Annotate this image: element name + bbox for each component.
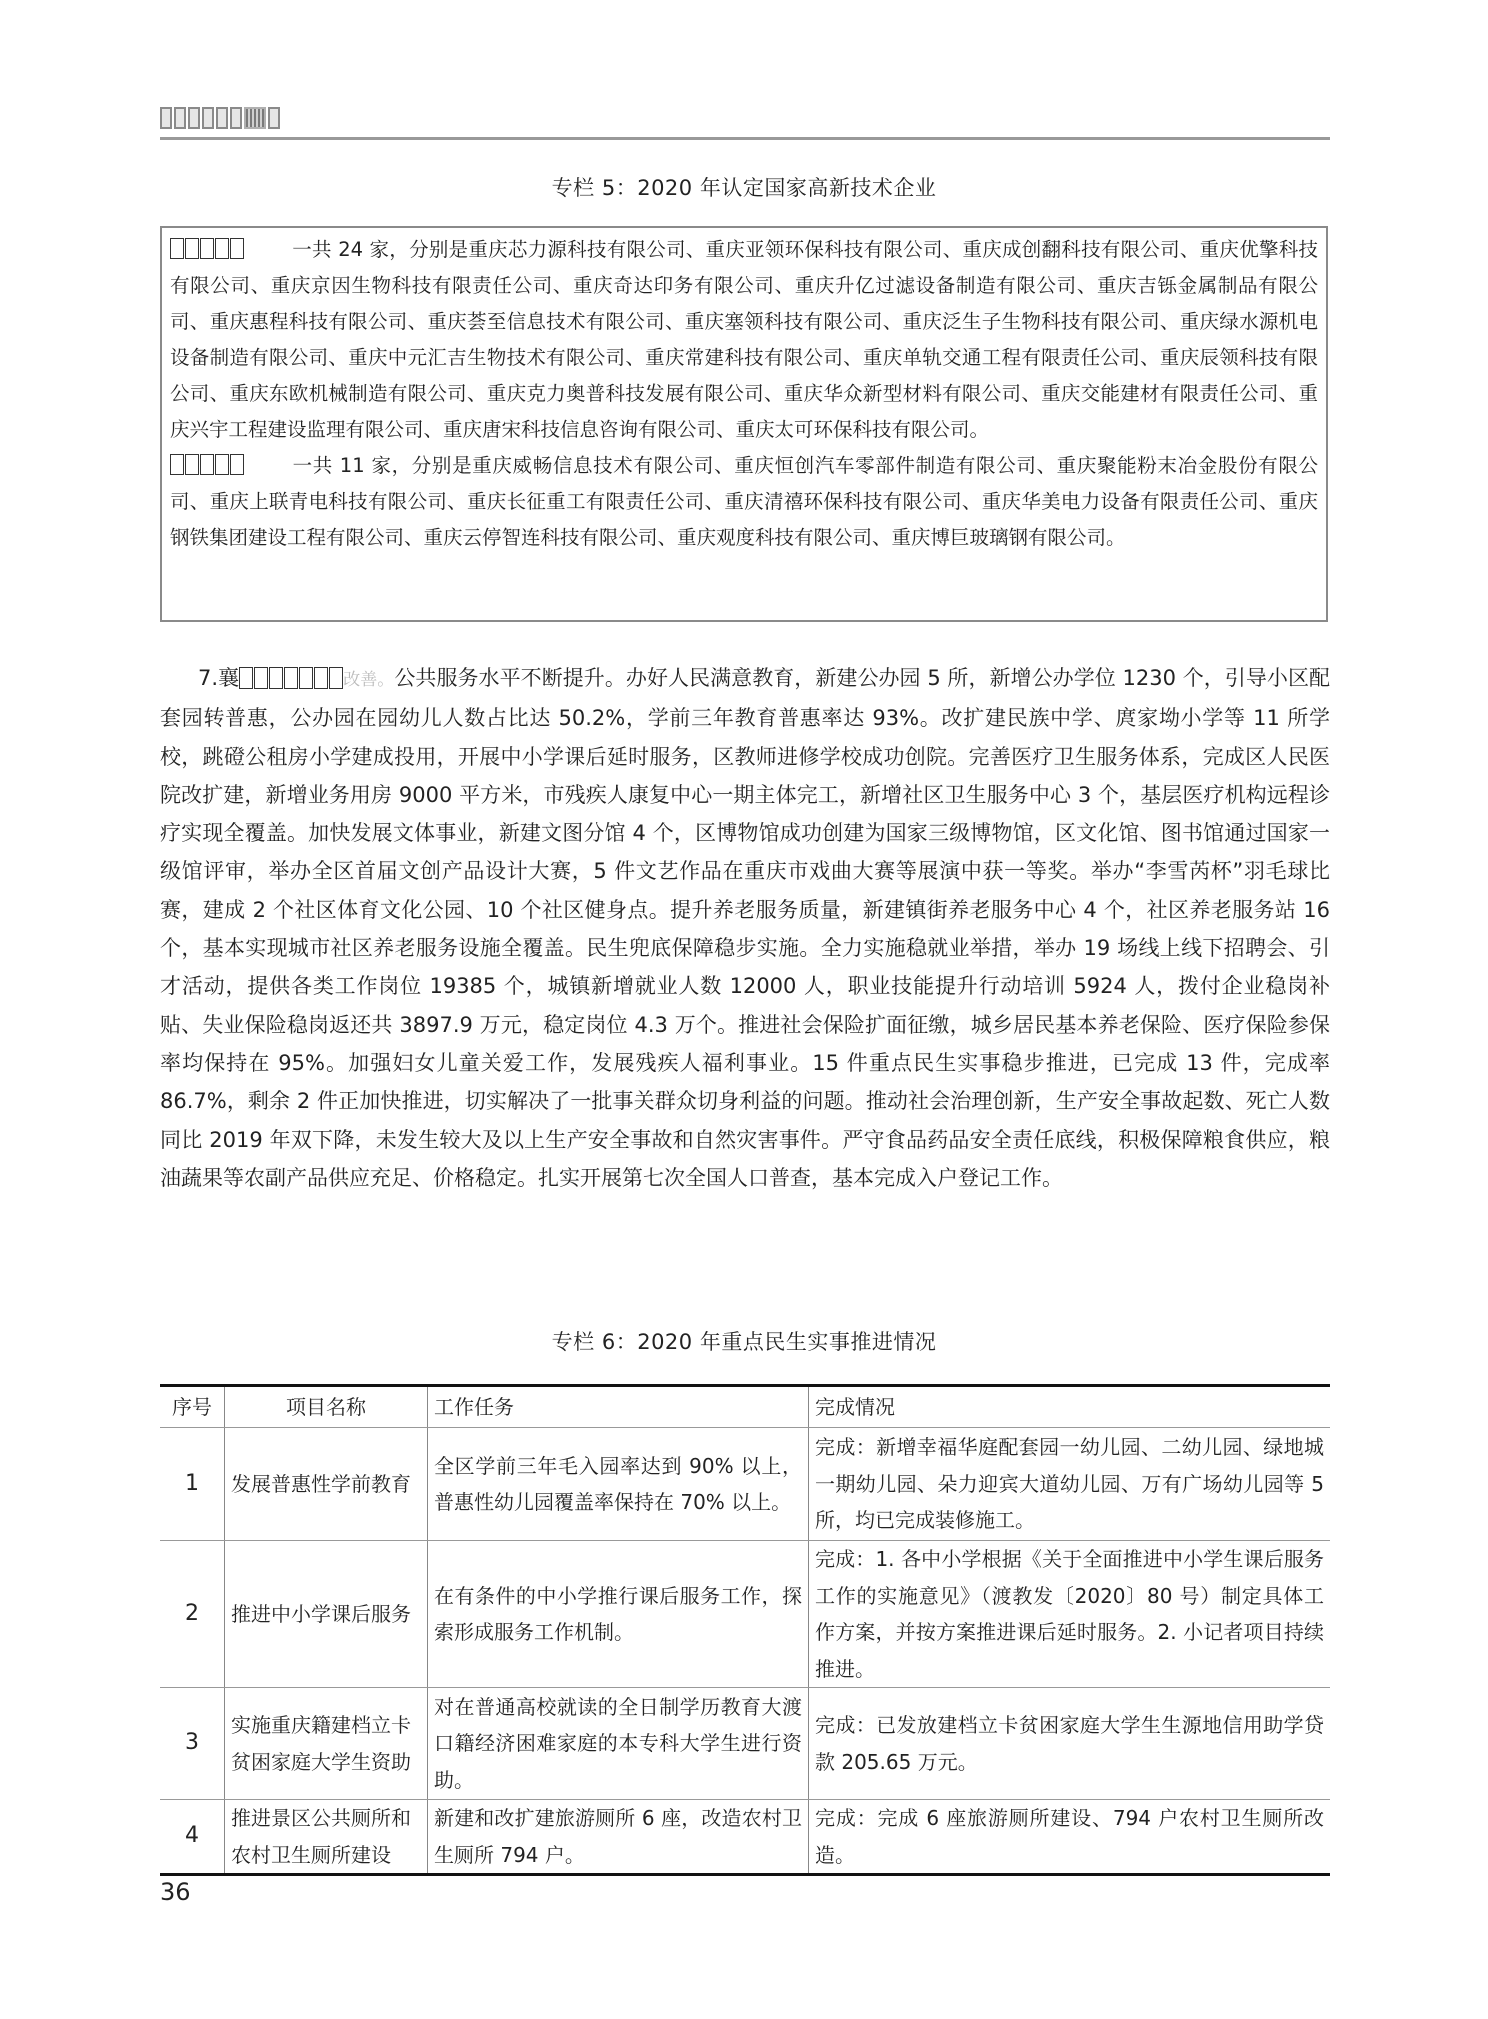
missing-glyph-icon bbox=[160, 107, 172, 129]
row-task: 新建和改扩建旅游厕所 6 座，改造农村卫生厕所 794 户。 bbox=[428, 1800, 809, 1875]
livelihood-projects-table: 序号 项目名称 工作任务 完成情况 1 发展普惠性学前教育 全区学前三年毛入园率… bbox=[160, 1384, 1330, 1876]
column-header-status: 完成情况 bbox=[809, 1386, 1331, 1428]
table-row: 4 推进景区公共厕所和农村卫生厕所建设 新建和改扩建旅游厕所 6 座，改造农村卫… bbox=[160, 1800, 1330, 1875]
box5-group-2: 一共 11 家，分别是重庆威畅信息技术有限公司、重庆恒创汽车零部件制造有限公司、… bbox=[170, 448, 1318, 556]
section-number: 7. bbox=[198, 666, 218, 690]
group-label-missing-glyphs bbox=[170, 454, 244, 475]
header-mark-icon bbox=[244, 107, 266, 129]
running-header bbox=[160, 102, 280, 134]
row-status: 完成：完成 6 座旅游厕所建设、794 户农村卫生厕所改造。 bbox=[809, 1800, 1331, 1875]
row-status: 完成：1. 各中小学根据《关于全面推进中小学生课后服务工作的实施意见》（渡教发〔… bbox=[809, 1541, 1331, 1688]
table-row: 3 实施重庆籍建档立卡贫困家庭大学生资助 对在普通高校就读的全日制学历教育大渡口… bbox=[160, 1688, 1330, 1800]
heading-missing-glyphs bbox=[239, 667, 343, 689]
section-7-paragraph: 7.襄改善。公共服务水平不断提升。办好人民满意教育，新建公办园 5 所，新增公办… bbox=[160, 659, 1330, 1197]
section-head-char: 襄 bbox=[218, 666, 239, 690]
document-page: 专栏 5：2020 年认定国家高新技术企业 一共 24 家，分别是重庆芯力源科技… bbox=[0, 0, 1488, 2019]
heading-ghost-text: 改善。 bbox=[343, 670, 394, 690]
column-header-task: 工作任务 bbox=[428, 1386, 809, 1428]
header-divider bbox=[160, 137, 1330, 140]
table-header-row: 序号 项目名称 工作任务 完成情况 bbox=[160, 1386, 1330, 1428]
row-no: 3 bbox=[160, 1688, 225, 1800]
box5-title: 专栏 5：2020 年认定国家高新技术企业 bbox=[0, 172, 1488, 202]
row-status: 完成：新增幸福华庭配套园一幼儿园、二幼儿园、绿地城一期幼儿园、朵力迎宾大道幼儿园… bbox=[809, 1428, 1331, 1541]
missing-glyph-icon bbox=[216, 107, 228, 129]
table-row: 1 发展普惠性学前教育 全区学前三年毛入园率达到 90% 以上，普惠性幼儿园覆盖… bbox=[160, 1428, 1330, 1541]
page-number: 36 bbox=[160, 1878, 191, 1906]
row-task: 对在普通高校就读的全日制学历教育大渡口籍经济困难家庭的本专科大学生进行资助。 bbox=[428, 1688, 809, 1800]
group-label-missing-glyphs bbox=[170, 238, 244, 259]
column-header-no: 序号 bbox=[160, 1386, 225, 1428]
box6-title: 专栏 6：2020 年重点民生实事推进情况 bbox=[0, 1326, 1488, 1356]
missing-glyph-icon bbox=[268, 107, 280, 129]
row-name: 推进景区公共厕所和农村卫生厕所建设 bbox=[225, 1800, 428, 1875]
group-1-text: 一共 24 家，分别是重庆芯力源科技有限公司、重庆亚领环保科技有限公司、重庆成创… bbox=[170, 238, 1318, 441]
row-task: 在有条件的中小学推行课后服务工作，探索形成服务工作机制。 bbox=[428, 1541, 809, 1688]
row-task: 全区学前三年毛入园率达到 90% 以上，普惠性幼儿园覆盖率保持在 70% 以上。 bbox=[428, 1428, 809, 1541]
row-name: 发展普惠性学前教育 bbox=[225, 1428, 428, 1541]
box5-group-1: 一共 24 家，分别是重庆芯力源科技有限公司、重庆亚领环保科技有限公司、重庆成创… bbox=[170, 232, 1318, 448]
row-name: 推进中小学课后服务 bbox=[225, 1541, 428, 1688]
missing-glyph-icon bbox=[188, 107, 200, 129]
table-row: 2 推进中小学课后服务 在有条件的中小学推行课后服务工作，探索形成服务工作机制。… bbox=[160, 1541, 1330, 1688]
missing-glyph-icon bbox=[230, 107, 242, 129]
row-no: 2 bbox=[160, 1541, 225, 1688]
row-name: 实施重庆籍建档立卡贫困家庭大学生资助 bbox=[225, 1688, 428, 1800]
missing-glyph-icon bbox=[202, 107, 214, 129]
section-7-heading: 7.襄改善。 bbox=[198, 666, 394, 690]
row-status: 完成：已发放建档立卡贫困家庭大学生生源地信用助学贷款 205.65 万元。 bbox=[809, 1688, 1331, 1800]
box5-company-list: 一共 24 家，分别是重庆芯力源科技有限公司、重庆亚领环保科技有限公司、重庆成创… bbox=[160, 226, 1328, 622]
row-no: 4 bbox=[160, 1800, 225, 1875]
section-7-text: 公共服务水平不断提升。办好人民满意教育，新建公办园 5 所，新增公办学位 123… bbox=[160, 666, 1330, 1190]
missing-glyph-icon bbox=[174, 107, 186, 129]
group-2-text: 一共 11 家，分别是重庆威畅信息技术有限公司、重庆恒创汽车零部件制造有限公司、… bbox=[170, 454, 1318, 549]
row-no: 1 bbox=[160, 1428, 225, 1541]
column-header-name: 项目名称 bbox=[225, 1386, 428, 1428]
